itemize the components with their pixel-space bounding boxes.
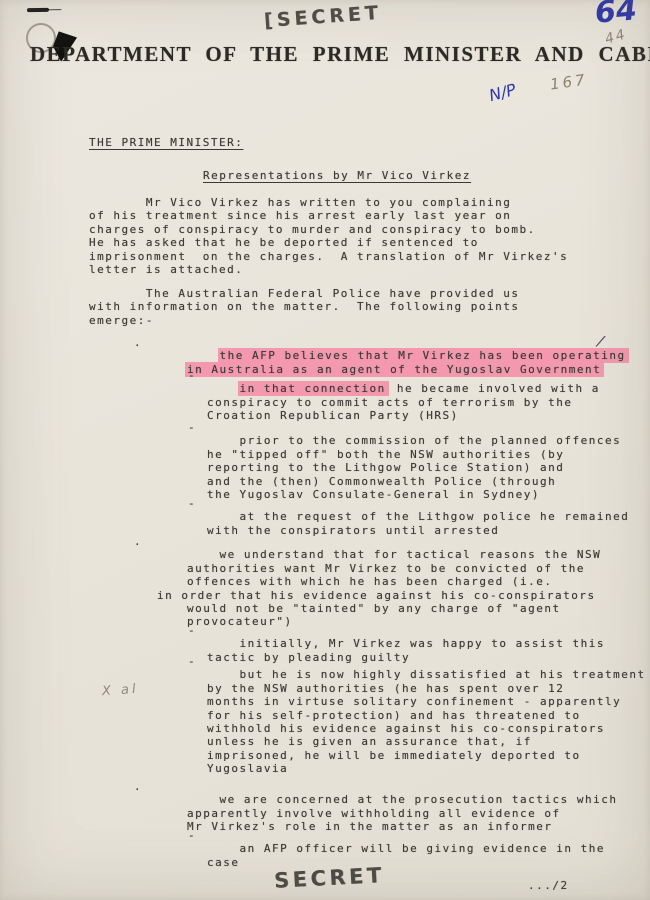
dash-marker: - bbox=[188, 624, 196, 637]
handwritten-page-number-pen: 64 bbox=[594, 0, 639, 31]
secret-stamp-top: [SECRET bbox=[263, 2, 382, 32]
addressee-line: THE PRIME MINISTER: bbox=[89, 136, 243, 149]
subject-text: Representations by Mr Vico Virkez bbox=[203, 169, 471, 182]
dash-marker: - bbox=[188, 655, 196, 668]
subject-line: Representations by Mr Vico Virkez bbox=[203, 169, 471, 182]
department-letterhead: DEPARTMENT OF THE PRIME MINISTER AND CAB… bbox=[30, 42, 650, 67]
handwritten-file-ref-number: 167 bbox=[549, 70, 589, 93]
bullet-marker: . bbox=[134, 780, 142, 793]
document-page: [SECRET SECRET 64 44 N/P 167 X al / DEPA… bbox=[0, 0, 650, 900]
page-continuation-mark: .../2 bbox=[528, 879, 569, 892]
subpoint-text: an AFP officer will be giving evidence i… bbox=[207, 842, 605, 868]
subpoint-text: prior to the commission of the planned o… bbox=[207, 434, 621, 501]
scan-dash-mark bbox=[27, 8, 49, 12]
addressee-text: THE PRIME MINISTER: bbox=[89, 136, 243, 149]
memo-subpoint-5: -but he is now highly dissatisfied at hi… bbox=[207, 655, 646, 789]
dash-marker: - bbox=[188, 369, 196, 382]
highlighted-text: in that connection bbox=[238, 381, 389, 396]
memo-subpoint-6: -an AFP officer will be giving evidence … bbox=[207, 829, 605, 883]
bullet-marker: . bbox=[134, 336, 142, 349]
bullet-marker: . bbox=[134, 535, 142, 548]
subpoint-text: but he is now highly dissatisfied at his… bbox=[207, 668, 646, 775]
subpoint-text: at the request of the Lithgow police he … bbox=[207, 510, 629, 536]
bullet-text-outdented-line: in order that his evidence against his c… bbox=[157, 589, 601, 602]
dash-marker: - bbox=[188, 497, 196, 510]
bullet-text: we are concerned at the prosecution tact… bbox=[187, 793, 618, 833]
memo-paragraph-1: Mr Vico Virkez has written to you compla… bbox=[89, 196, 568, 276]
dash-marker: - bbox=[188, 829, 196, 842]
handwritten-margin-note: X al bbox=[102, 682, 140, 700]
dash-marker: - bbox=[188, 421, 196, 434]
handwritten-file-ref: N/P bbox=[487, 80, 518, 105]
memo-paragraph-2: The Australian Federal Police have provi… bbox=[89, 287, 520, 327]
bullet-text: we understand that for tactical reasons … bbox=[187, 548, 601, 588]
